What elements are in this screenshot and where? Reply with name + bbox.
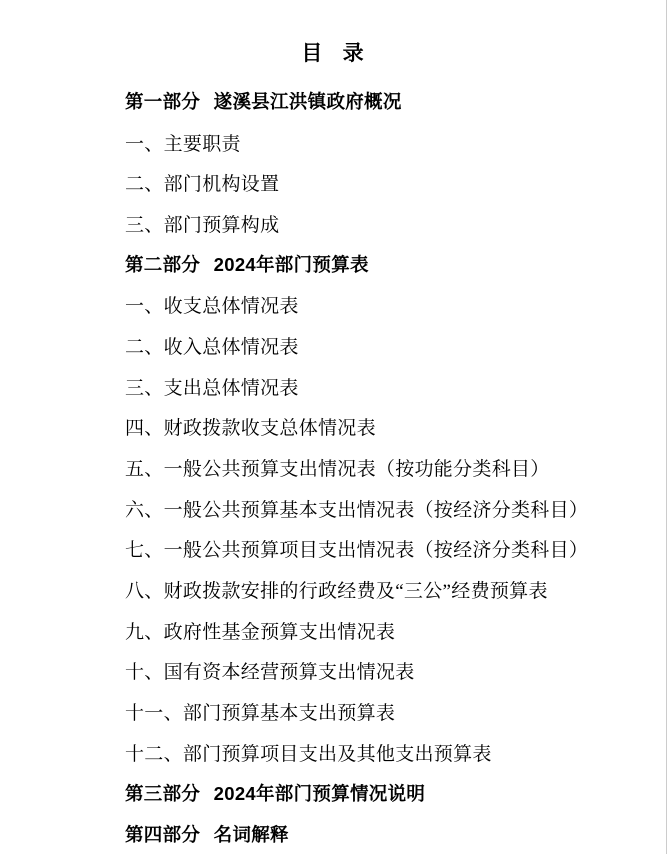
toc-entry: 六、一般公共预算基本支出情况表（按经济分类科目） (125, 488, 652, 529)
toc-entry: 三、支出总体情况表 (125, 366, 652, 407)
toc-entry: 三、部门预算构成 (125, 203, 652, 244)
toc-entry: 一、收支总体情况表 (125, 284, 652, 325)
toc-entry: 二、部门机构设置 (125, 162, 652, 203)
toc-list: 第一部分 遂溪县江洪镇政府概况 一、主要职责 二、部门机构设置 三、部门预算构成… (125, 81, 652, 854)
toc-section-heading: 第三部分 2024年部门预算情况说明 (125, 773, 652, 814)
toc-entry: 五、一般公共预算支出情况表（按功能分类科目） (125, 447, 652, 488)
toc-entry: 七、一般公共预算项目支出情况表（按经济分类科目） (125, 529, 652, 570)
toc-entry: 八、财政拨款安排的行政经费及“三公”经费预算表 (125, 569, 652, 610)
document-page: 目 录 第一部分 遂溪县江洪镇政府概况 一、主要职责 二、部门机构设置 三、部门… (0, 0, 672, 854)
toc-entry: 十二、部门预算项目支出及其他支出预算表 (125, 732, 652, 773)
toc-entry: 九、政府性基金预算支出情况表 (125, 610, 652, 651)
toc-section-heading: 第二部分 2024年部门预算表 (125, 244, 652, 285)
toc-entry: 一、主要职责 (125, 122, 652, 163)
page-title: 目 录 (0, 37, 666, 67)
page-edge-line (666, 0, 667, 854)
toc-section-heading: 第一部分 遂溪县江洪镇政府概况 (125, 81, 652, 122)
toc-entry: 十一、部门预算基本支出预算表 (125, 691, 652, 732)
toc-entry: 二、收入总体情况表 (125, 325, 652, 366)
toc-section-heading: 第四部分 名词解释 (125, 813, 652, 854)
toc-entry: 十、国有资本经营预算支出情况表 (125, 651, 652, 692)
toc-entry: 四、财政拨款收支总体情况表 (125, 407, 652, 448)
